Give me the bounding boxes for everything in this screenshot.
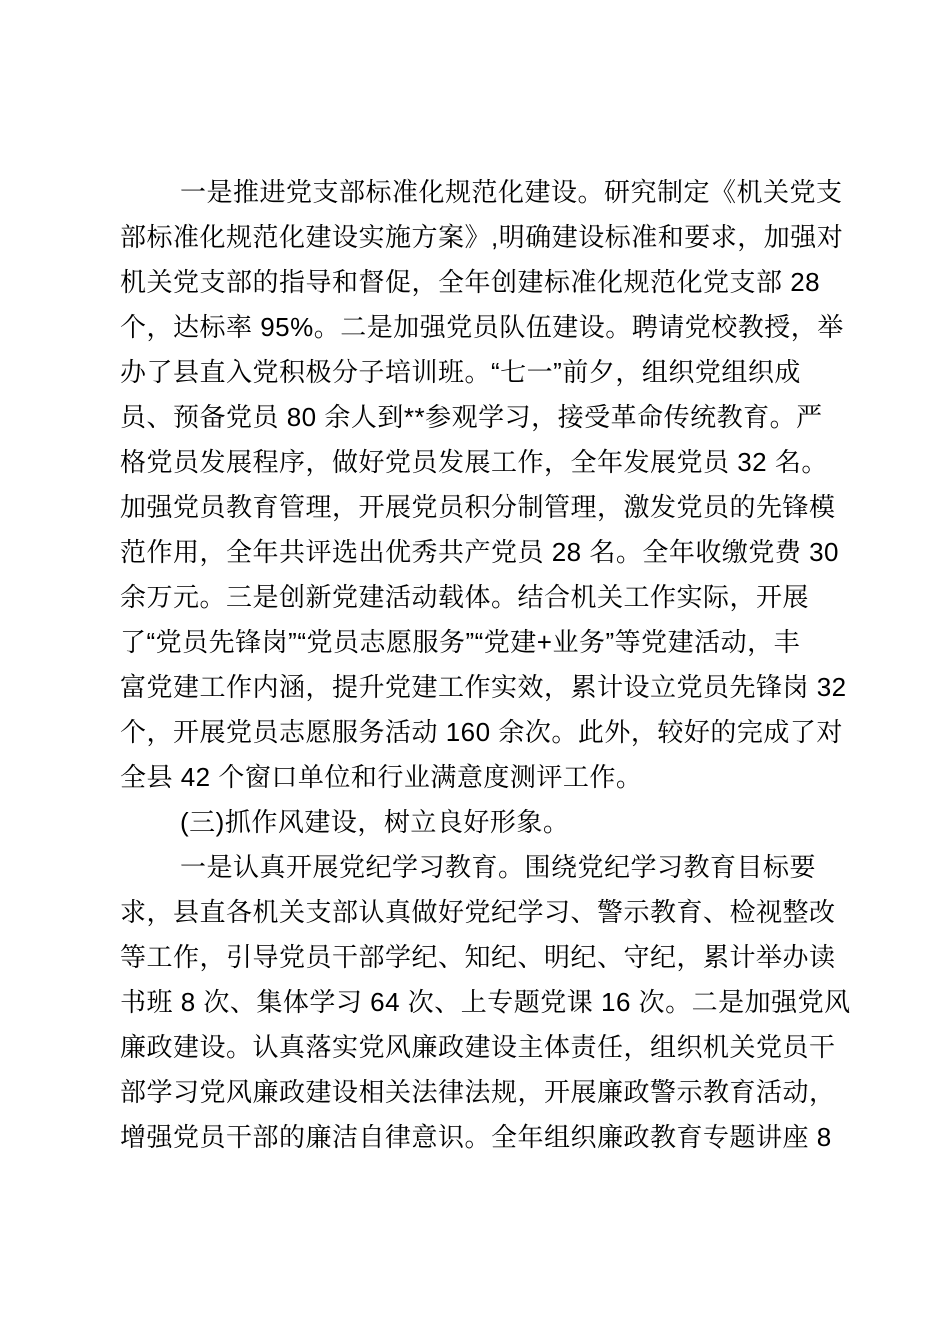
text-line: 部标准化规范化建设实施方案》,明确建设标准和要求，加强对 xyxy=(120,215,846,260)
text-line: 富党建工作内涵，提升党建工作实效，累计设立党员先锋岗 32 xyxy=(120,665,846,710)
text-line: 机关党支部的指导和督促，全年创建标准化规范化党支部 28 xyxy=(120,260,846,305)
text-line: 了“党员先锋岗”“党员志愿服务”“党建+业务”等党建活动，丰 xyxy=(120,620,846,665)
text-line: 廉政建设。认真落实党风廉政建设主体责任，组织机关党员干 xyxy=(120,1025,846,1070)
text-line: 求，县直各机关支部认真做好党纪学习、警示教育、检视整改 xyxy=(120,890,846,935)
text-line: 全县 42 个窗口单位和行业满意度测评工作。 xyxy=(120,755,846,800)
paragraph-heading-work-style: (三)抓作风建设，树立良好形象。 xyxy=(120,800,846,845)
text-line: 书班 8 次、集体学习 64 次、上专题党课 16 次。二是加强党风 xyxy=(120,980,846,1025)
text-line: 一是认真开展党纪学习教育。围绕党纪学习教育目标要 xyxy=(120,845,846,890)
text-line: 个，达标率 95%。二是加强党员队伍建设。聘请党校教授，举 xyxy=(120,305,846,350)
text-line: 增强党员干部的廉洁自律意识。全年组织廉政教育专题讲座 8 xyxy=(120,1115,846,1160)
document-body: 一是推进党支部标准化规范化建设。研究制定《机关党支 部标准化规范化建设实施方案》… xyxy=(120,170,846,1160)
text-line: 格党员发展程序，做好党员发展工作，全年发展党员 32 名。 xyxy=(120,440,846,485)
text-line: 办了县直入党积极分子培训班。“七一”前夕，组织党组织成 xyxy=(120,350,846,395)
text-line: 部学习党风廉政建设相关法律法规，开展廉政警示教育活动， xyxy=(120,1070,846,1115)
text-line: 个，开展党员志愿服务活动 160 余次。此外，较好的完成了对 xyxy=(120,710,846,755)
section-heading-line: (三)抓作风建设，树立良好形象。 xyxy=(120,800,846,845)
text-line: 加强党员教育管理，开展党员积分制管理，激发党员的先锋模 xyxy=(120,485,846,530)
paragraph-discipline-education: 一是认真开展党纪学习教育。围绕党纪学习教育目标要 求，县直各机关支部认真做好党纪… xyxy=(120,845,846,1160)
text-line: 等工作，引导党员干部学纪、知纪、明纪、守纪，累计举办读 xyxy=(120,935,846,980)
document-page: 一是推进党支部标准化规范化建设。研究制定《机关党支 部标准化规范化建设实施方案》… xyxy=(0,0,950,1344)
text-line: 余万元。三是创新党建活动载体。结合机关工作实际，开展 xyxy=(120,575,846,620)
paragraph-party-branch-building: 一是推进党支部标准化规范化建设。研究制定《机关党支 部标准化规范化建设实施方案》… xyxy=(120,170,846,800)
text-line: 员、预备党员 80 余人到**参观学习，接受革命传统教育。严 xyxy=(120,395,846,440)
text-line: 一是推进党支部标准化规范化建设。研究制定《机关党支 xyxy=(120,170,846,215)
text-line: 范作用，全年共评选出优秀共产党员 28 名。全年收缴党费 30 xyxy=(120,530,846,575)
